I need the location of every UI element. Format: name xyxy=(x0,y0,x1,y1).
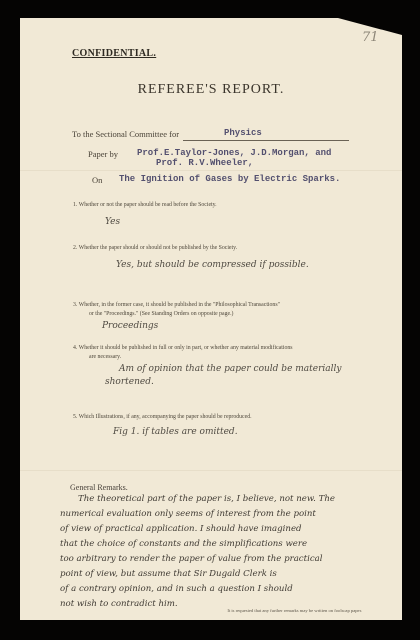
question-text: Whether the paper should or should not b… xyxy=(79,245,237,251)
confidential-header: CONFIDENTIAL. xyxy=(72,48,156,59)
answer-3: Proceedings xyxy=(102,321,158,331)
page-title: REFEREE'S REPORT. xyxy=(20,82,402,98)
committee-value: Physics xyxy=(224,128,262,138)
answer-4-line-1: Am of opinion that the paper could be ma… xyxy=(119,364,341,374)
question-5: 5. Which Illustrations, if any, accompan… xyxy=(73,413,363,422)
question-text: Whether it should be published in full o… xyxy=(79,345,293,351)
archive-number: 71 xyxy=(362,30,379,45)
fold-line xyxy=(20,470,402,472)
question-3: 3. Whether, in the former case, it shoul… xyxy=(73,301,363,319)
committee-label: To the Sectional Committee for xyxy=(72,129,179,139)
fold-line xyxy=(20,170,402,172)
remarks-line: that the choice of constants and the sim… xyxy=(60,537,405,552)
question-1: 1. Whether or not the paper should be re… xyxy=(73,201,363,210)
paper-title: The Ignition of Gases by Electric Sparks… xyxy=(119,174,340,184)
committee-underline xyxy=(183,140,349,141)
remarks-line: point of view, but assume that Sir Dugal… xyxy=(60,567,405,582)
paper-by-label: Paper by xyxy=(88,149,118,159)
question-4: 4. Whether it should be published in ful… xyxy=(73,344,363,362)
question-number: 1. xyxy=(73,202,77,208)
general-remarks-text: The theoretical part of the paper is, I … xyxy=(60,492,405,612)
answer-1: Yes xyxy=(105,217,120,227)
general-remarks-label: General Remarks. xyxy=(70,483,128,492)
question-number: 3. xyxy=(73,302,77,308)
answer-4-line-2: shortened. xyxy=(105,377,154,387)
question-text: Whether, in the former case, it should b… xyxy=(79,302,280,308)
remarks-line: of a contrary opinion, and in such a que… xyxy=(60,582,405,597)
authors-line-2: Prof. R.V.Wheeler, xyxy=(156,158,253,168)
question-text-continued: are necessary. xyxy=(73,353,363,362)
answer-5: Fig 1. if tables are omitted. xyxy=(113,427,238,437)
referee-report-page: 71 CONFIDENTIAL. REFEREE'S REPORT. To th… xyxy=(20,18,402,620)
remarks-line: numerical evaluation only seems of inter… xyxy=(60,507,405,522)
question-number: 5. xyxy=(73,414,77,420)
remarks-line: too arbitrary to render the paper of val… xyxy=(60,552,405,567)
question-text: Whether or not the paper should be read … xyxy=(79,202,217,208)
remarks-line: of view of practical application. I shou… xyxy=(60,522,405,537)
question-text-continued: or the "Proceedings." (See Standing Orde… xyxy=(73,310,363,319)
footnote: It is requested that any further remarks… xyxy=(20,608,402,613)
answer-2: Yes, but should be compressed if possibl… xyxy=(116,260,309,270)
question-number: 2. xyxy=(73,245,77,251)
question-number: 4. xyxy=(73,345,77,351)
question-2: 2. Whether the paper should or should no… xyxy=(73,244,363,253)
remarks-line: The theoretical part of the paper is, I … xyxy=(60,492,405,507)
question-text: Which Illustrations, if any, accompanyin… xyxy=(79,414,252,420)
authors-line-1: Prof.E.Taylor-Jones, J.D.Morgan, and xyxy=(137,148,331,158)
on-label: On xyxy=(92,175,102,185)
